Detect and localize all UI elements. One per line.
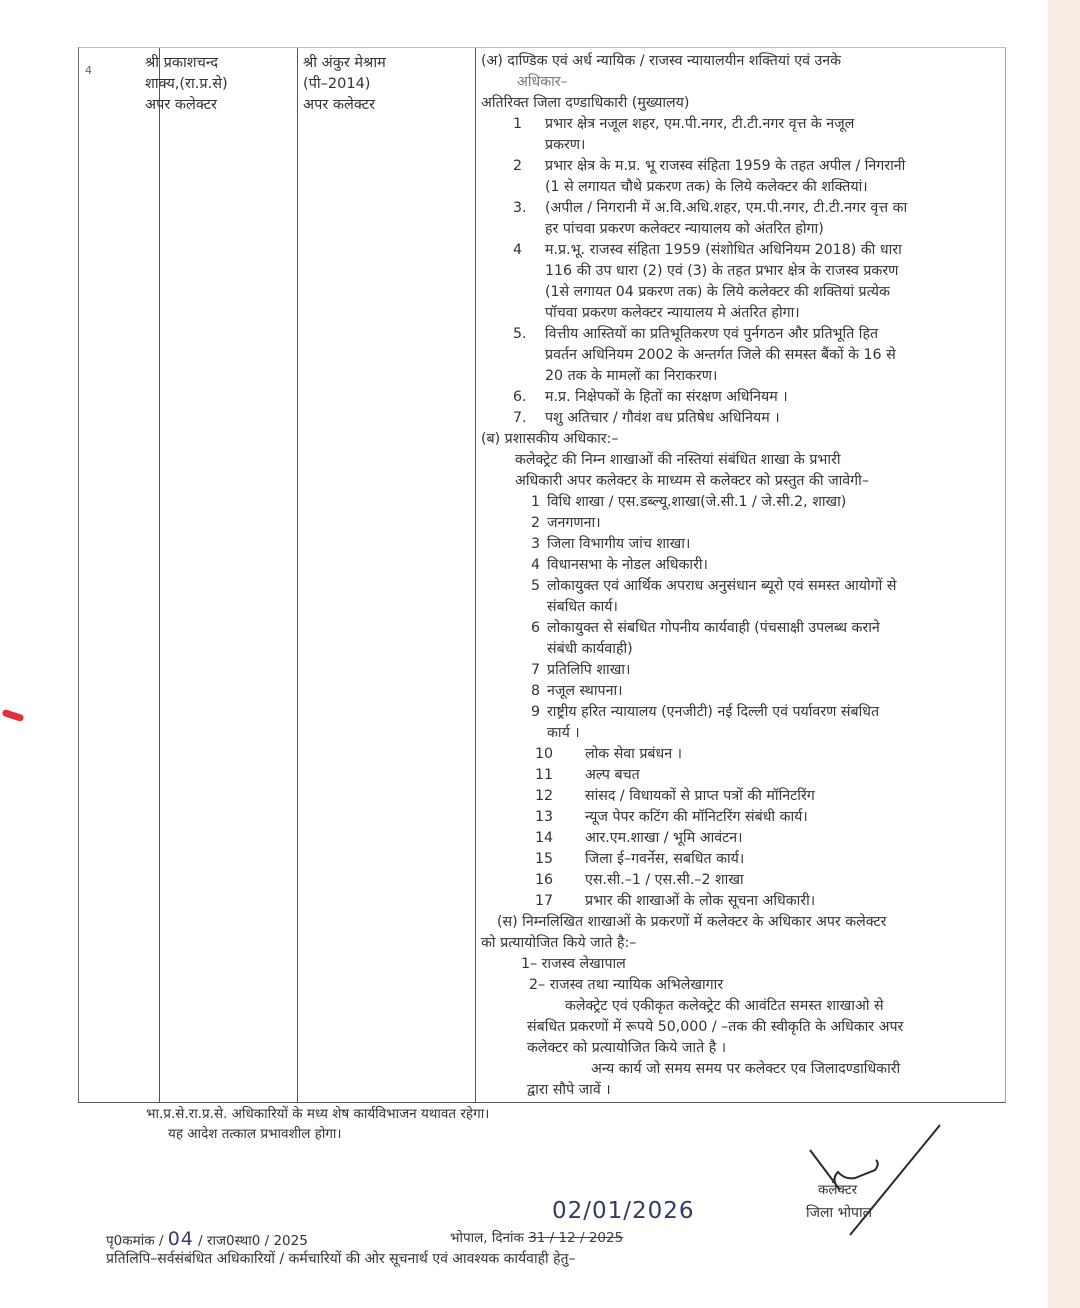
note-line: भा.प्र.से.रा.प्र.से. अधिकारियों के मध्य …: [146, 1104, 489, 1124]
section-c-paragraph: कलेक्टर को प्रत्यायोजित किये जाते है ।: [481, 1038, 1001, 1059]
section-b-item: 13न्यूज पेपर कटिंग की मॉनिटरिंग संबंधी क…: [481, 807, 1001, 828]
handwritten-reference-number: 04: [168, 1228, 194, 1250]
section-a-item: 7.पशु अतिचार / गौवंश वध प्रतिषेध अधिनियम…: [481, 408, 1001, 429]
item-number: 7.: [513, 408, 545, 429]
reference-prefix: पृ0कमांक /: [106, 1233, 168, 1249]
signatory-title: कलेक्टर: [818, 1180, 857, 1198]
section-b-title: (ब) प्रशासकीय अधिकार:–: [481, 429, 1001, 450]
section-b-item: 16एस.सी.–1 / एस.सी.–2 शाखा: [481, 870, 1001, 891]
section-c-title: (स) निम्नलिखित शाखाओं के प्रकरणों में कल…: [481, 912, 1001, 933]
item-number: 3: [531, 534, 547, 555]
handwritten-corrected-date: 02/01/2026: [552, 1198, 695, 1224]
work-allocation-table: 4 श्री प्रकाशचन्द शाक्य,(रा.प्र.से) अपर …: [78, 47, 1006, 1103]
section-b-item: 9राष्ट्रीय हरित न्यायालय (एनजीटी) नई दिल…: [481, 702, 1001, 723]
section-b-item: 15जिला ई–गवर्नेस, सबधित कार्य।: [481, 849, 1001, 870]
paper-edge-background: [1048, 0, 1080, 1308]
section-a-item: प्रवर्तन अधिनियम 2002 के अन्तर्गत जिले क…: [481, 345, 1001, 366]
section-a-item: 5.वित्तीय आस्तियों का प्रतिभूतिकरण एवं प…: [481, 324, 1001, 345]
section-b-item: 6लोकायुक्त से संबधित गोपनीय कार्यवाही (प…: [481, 618, 1001, 639]
section-c-item: 2– राजस्व तथा न्यायिक अभिलेखागार: [481, 975, 1001, 996]
item-number: 1: [513, 114, 545, 135]
place-and-date: भोपाल, दिनांक 31 / 12 / 2025: [450, 1228, 623, 1246]
section-b-item: कार्य ।: [481, 723, 1001, 744]
reference-number: पृ0कमांक / 04 / राज0स्था0 / 2025: [106, 1228, 308, 1250]
officer-service: शाक्य,(रा.प्र.से): [145, 74, 295, 95]
officer-batch: (पी–2014): [303, 74, 473, 95]
section-a-subtitle: अतिरिक्त जिला दण्डाधिकारी (मुख्यालय): [481, 93, 1001, 114]
item-number: 14: [535, 828, 585, 849]
section-b-item: 4विधानसभा के नोडल अधिकारी।: [481, 555, 1001, 576]
officer-designation: अपर कलेक्टर: [303, 95, 473, 116]
section-c-paragraph: संबधित प्रकरणों में रूपये 50,000 / –तक क…: [481, 1017, 1001, 1038]
section-c-paragraph: अन्य कार्य जो समय समय पर कलेक्टर एव जिला…: [481, 1059, 1001, 1080]
section-b-item: 5लोकायुक्त एवं आर्थिक अपराध अनुसंधान ब्य…: [481, 576, 1001, 597]
section-b-item: 2जनगणना।: [481, 513, 1001, 534]
section-b-item: 12सांसद / विधायकों से प्राप्त पत्रों की …: [481, 786, 1001, 807]
signatory-district: जिला भोपाल: [806, 1203, 872, 1222]
item-number: 5.: [513, 324, 545, 345]
section-a-item: (1से लगायत 04 प्रकरण तक) के लिये कलेक्टर…: [481, 282, 1001, 303]
section-b-item: 1विधि शाखा / एस.डब्ल्यू.शाखा(जे.सी.1 / ज…: [481, 492, 1001, 513]
item-number: 8: [531, 681, 547, 702]
section-a-item: (1 से लगायत चौथे प्रकरण तक) के लिये कलेक…: [481, 177, 1001, 198]
item-number: 1: [531, 492, 547, 513]
section-b-item: 14आर.एम.शाखा / भूमि आवंटन।: [481, 828, 1001, 849]
item-number: 9: [531, 702, 547, 723]
place-label: भोपाल, दिनांक: [450, 1230, 528, 1246]
note-line: यह आदेश तत्काल प्रभावशील होगा।: [146, 1124, 489, 1144]
item-number: 11: [535, 765, 585, 786]
section-c-paragraph: कलेक्ट्रेट एवं एकीकृत कलेक्ट्रेट की आवंट…: [481, 996, 1001, 1017]
section-b-item: 17प्रभार की शाखाओं के लोक सूचना अधिकारी।: [481, 891, 1001, 912]
section-a-title: (अ) दाण्डिक एवं अर्ध न्यायिक / राजस्व न्…: [481, 51, 1001, 72]
item-number: 10: [535, 744, 585, 765]
section-b-intro: कलेक्ट्रेट की निम्न शाखाओं की नस्तियां स…: [481, 450, 1001, 471]
section-a-item: 2प्रभार क्षेत्र के म.प्र. भू राजस्व संहि…: [481, 156, 1001, 177]
item-number: 6: [531, 618, 547, 639]
struck-original-date: 31 / 12 / 2025: [528, 1230, 623, 1246]
section-a-item: पॉचवा प्रकरण कलेक्टर न्यायालय मे अंतरित …: [481, 303, 1001, 324]
section-a-item: 1प्रभार क्षेत्र नजूल शहर, एम.पी.नगर, टी.…: [481, 114, 1001, 135]
column-divider: [297, 48, 298, 1102]
item-number: 2: [531, 513, 547, 534]
item-number: 16: [535, 870, 585, 891]
officer-name: श्री अंकुर मेश्राम: [303, 53, 473, 74]
section-a-item: 6.म.प्र. निक्षेपकों के हितों का संरक्षण …: [481, 387, 1001, 408]
section-b-item: 3जिला विभागीय जांच शाखा।: [481, 534, 1001, 555]
copy-distribution-line: प्रतिलिपि–सर्वसंबंधित अधिकारियों / कर्मच…: [106, 1249, 576, 1268]
closing-notes: भा.प्र.से.रा.प्र.से. अधिकारियों के मध्य …: [146, 1104, 489, 1144]
section-c-item: 1– राजस्व लेखापाल: [481, 954, 1001, 975]
previous-officer: श्री प्रकाशचन्द शाक्य,(रा.प्र.से) अपर कल…: [145, 53, 295, 116]
item-number: 3.: [513, 198, 545, 219]
item-number: 5: [531, 576, 547, 597]
section-b-item: 11अल्प बचत: [481, 765, 1001, 786]
section-c-paragraph: द्वारा सौपे जावें ।: [481, 1080, 1001, 1101]
officer-designation: अपर कलेक्टर: [145, 95, 295, 116]
section-a-title: अधिकार–: [481, 72, 1001, 93]
item-number: 12: [535, 786, 585, 807]
item-number: 7: [531, 660, 547, 681]
section-a-item: 20 तक के मामलों का निराकरण।: [481, 366, 1001, 387]
section-b-item: संबंधी कार्यवाही): [481, 639, 1001, 660]
serial-number: 4: [85, 60, 92, 81]
item-number: 17: [535, 891, 585, 912]
officer-name: श्री प्रकाशचन्द: [145, 53, 295, 74]
column-divider: [159, 48, 160, 1102]
section-a-item: हर पांचवा प्रकरण कलेक्टर न्यायालय को अंत…: [481, 219, 1001, 240]
item-number: 13: [535, 807, 585, 828]
item-number: 2: [513, 156, 545, 177]
reference-suffix: / राज0स्था0 / 2025: [194, 1233, 308, 1249]
section-a-item: 3.(अपील / निगरानी में अ.वि.अधि.शहर, एम.प…: [481, 198, 1001, 219]
section-b-item: 7प्रतिलिपि शाखा।: [481, 660, 1001, 681]
red-pen-mark: [1, 709, 24, 722]
section-c-title: को प्रत्यायोजित किये जाते है:–: [481, 933, 1001, 954]
column-divider: [475, 48, 476, 1102]
item-number: 4: [531, 555, 547, 576]
section-b-item: 8नजूल स्थापना।: [481, 681, 1001, 702]
item-number: 6.: [513, 387, 545, 408]
section-a-item: 4म.प्र.भू. राजस्व संहिता 1959 (संशोधित अ…: [481, 240, 1001, 261]
section-b-intro: अधिकारी अपर कलेक्टर के माध्यम से कलेक्टर…: [481, 471, 1001, 492]
assigned-duties: (अ) दाण्डिक एवं अर्ध न्यायिक / राजस्व न्…: [481, 51, 1001, 1101]
section-b-item: 10लोक सेवा प्रबंधन ।: [481, 744, 1001, 765]
section-b-item: संबधित कार्य।: [481, 597, 1001, 618]
section-a-item: 116 की उप धारा (2) एवं (3) के तहत प्रभार…: [481, 261, 1001, 282]
item-number: 4: [513, 240, 545, 261]
new-officer: श्री अंकुर मेश्राम (पी–2014) अपर कलेक्टर: [303, 53, 473, 116]
item-number: 15: [535, 849, 585, 870]
section-a-item: प्रकरण।: [481, 135, 1001, 156]
